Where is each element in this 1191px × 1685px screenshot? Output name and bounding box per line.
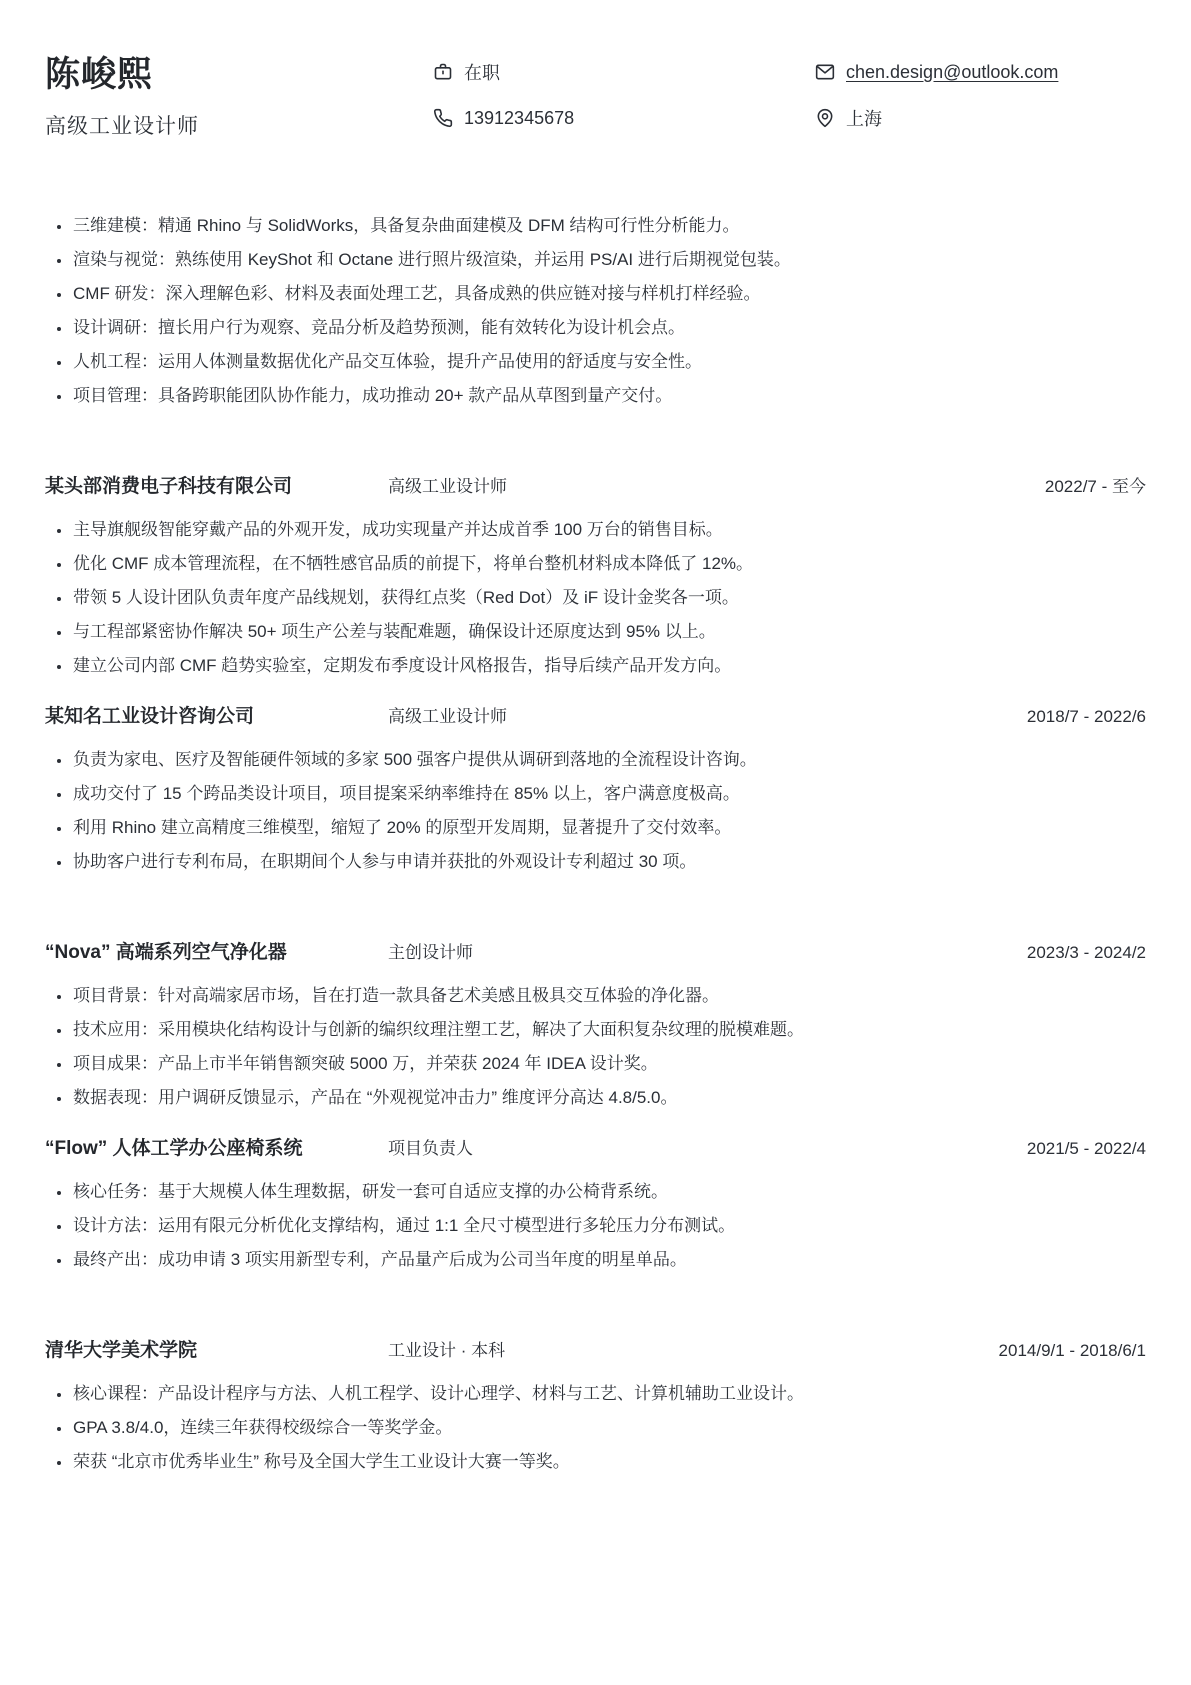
company-name: 某知名工业设计咨询公司 (45, 701, 388, 728)
date-range: 2023/3 - 2024/2 (1027, 943, 1146, 963)
phone-row: 13912345678 (433, 105, 815, 131)
date-range: 2018/7 - 2022/6 (1027, 707, 1146, 727)
resume-header: 陈峻熙 高级工业设计师 在职 (45, 54, 1146, 140)
skill-item: 设计调研：擅长用户行为观察、竞品分析及趋势预测，能有效转化为设计机会点。 (72, 316, 1146, 339)
identity-block: 陈峻熙 高级工业设计师 (45, 54, 433, 140)
project-bullet: 项目背景：针对高端家居市场，旨在打造一款具备艺术美感且极具交互体验的净化器。 (72, 984, 1146, 1007)
experience-entry-header: 某头部消费电子科技有限公司 高级工业设计师 2022/7 - 至今 (45, 471, 1146, 498)
skill-item: CMF 研发：深入理解色彩、材料及表面处理工艺，具备成熟的供应链对接与样机打样经… (72, 282, 1146, 305)
job-title: 高级工业设计师 (388, 472, 507, 497)
experience-bullet: 带领 5 人设计团队负责年度产品线规划，获得红点奖（Red Dot）及 iF 设… (72, 586, 1146, 609)
project-name: “Flow” 人体工学办公座椅系统 (45, 1133, 388, 1160)
contact-column-right: chen.design@outlook.com 上海 (815, 54, 1146, 131)
education-bullet: 荣获 “北京市优秀毕业生” 称号及全国大学生工业设计大赛一等奖。 (72, 1450, 1146, 1473)
experience-entry-header: 某知名工业设计咨询公司 高级工业设计师 2018/7 - 2022/6 (45, 701, 1146, 728)
experience-section: 某头部消费电子科技有限公司 高级工业设计师 2022/7 - 至今 主导旗舰级智… (45, 471, 1146, 873)
phone-icon (433, 108, 453, 128)
date-range: 2021/5 - 2022/4 (1027, 1139, 1146, 1159)
location-text: 上海 (846, 105, 882, 131)
date-range: 2014/9/1 - 2018/6/1 (999, 1341, 1146, 1361)
education-bullet: 核心课程：产品设计程序与方法、人机工程学、设计心理学、材料与工艺、计算机辅助工业… (72, 1382, 1146, 1405)
experience-bullet: 主导旗舰级智能穿戴产品的外观开发，成功实现量产并达成首季 100 万台的销售目标… (72, 518, 1146, 541)
skill-item: 渲染与视觉：熟练使用 KeyShot 和 Octane 进行照片级渲染，并运用 … (72, 248, 1146, 271)
email-link[interactable]: chen.design@outlook.com (846, 62, 1058, 83)
project-bullet: 技术应用：采用模块化结构设计与创新的编织纹理注塑工艺，解决了大面积复杂纹理的脱模… (72, 1018, 1146, 1041)
experience-bullets: 主导旗舰级智能穿戴产品的外观开发，成功实现量产并达成首季 100 万台的销售目标… (45, 518, 1146, 677)
project-bullet: 设计方法：运用有限元分析优化支撑结构，通过 1:1 全尺寸模型进行多轮压力分布测… (72, 1214, 1146, 1237)
project-bullet: 项目成果：产品上市半年销售额突破 5000 万，并荣获 2024 年 IDEA … (72, 1052, 1146, 1075)
status-row: 在职 (433, 59, 815, 85)
candidate-title: 高级工业设计师 (45, 110, 433, 140)
project-role: 主创设计师 (388, 938, 473, 963)
education-bullet: GPA 3.8/4.0，连续三年获得校级综合一等奖学金。 (72, 1416, 1146, 1439)
email-row: chen.design@outlook.com (815, 59, 1146, 85)
company-name: 某头部消费电子科技有限公司 (45, 471, 388, 498)
project-bullets: 核心任务：基于大规模人体生理数据，研发一套可自适应支撑的办公椅背系统。 设计方法… (45, 1180, 1146, 1271)
experience-entry: 某头部消费电子科技有限公司 高级工业设计师 2022/7 - 至今 主导旗舰级智… (45, 471, 1146, 677)
project-entry-header: “Nova” 高端系列空气净化器 主创设计师 2023/3 - 2024/2 (45, 937, 1146, 964)
school-name: 清华大学美术学院 (45, 1335, 388, 1362)
education-entry-header: 清华大学美术学院 工业设计 · 本科 2014/9/1 - 2018/6/1 (45, 1335, 1146, 1362)
location-row: 上海 (815, 105, 1146, 131)
degree: 工业设计 · 本科 (388, 1336, 505, 1361)
briefcase-icon (433, 62, 453, 82)
location-pin-icon (815, 108, 835, 128)
project-bullet: 最终产出：成功申请 3 项实用新型专利，产品量产后成为公司当年度的明星单品。 (72, 1248, 1146, 1271)
skills-section: 三维建模：精通 Rhino 与 SolidWorks，具备复杂曲面建模及 DFM… (45, 214, 1146, 407)
date-range: 2022/7 - 至今 (1045, 472, 1146, 497)
experience-bullet: 与工程部紧密协作解决 50+ 项生产公差与装配难题，确保设计还原度达到 95% … (72, 620, 1146, 643)
project-entry: “Flow” 人体工学办公座椅系统 项目负责人 2021/5 - 2022/4 … (45, 1133, 1146, 1271)
candidate-name: 陈峻熙 (45, 54, 433, 96)
experience-bullets: 负责为家电、医疗及智能硬件领域的多家 500 强客户提供从调研到落地的全流程设计… (45, 748, 1146, 873)
experience-bullet: 建立公司内部 CMF 趋势实验室，定期发布季度设计风格报告，指导后续产品开发方向… (72, 654, 1146, 677)
project-bullets: 项目背景：针对高端家居市场，旨在打造一款具备艺术美感且极具交互体验的净化器。 技… (45, 984, 1146, 1109)
status-text: 在职 (464, 59, 500, 85)
experience-bullet: 负责为家电、医疗及智能硬件领域的多家 500 强客户提供从调研到落地的全流程设计… (72, 748, 1146, 771)
phone-number: 13912345678 (464, 108, 574, 129)
project-entry-header: “Flow” 人体工学办公座椅系统 项目负责人 2021/5 - 2022/4 (45, 1133, 1146, 1160)
experience-bullet: 优化 CMF 成本管理流程，在不牺牲感官品质的前提下，将单台整机材料成本降低了 … (72, 552, 1146, 575)
project-entry: “Nova” 高端系列空气净化器 主创设计师 2023/3 - 2024/2 项… (45, 937, 1146, 1109)
projects-section: “Nova” 高端系列空气净化器 主创设计师 2023/3 - 2024/2 项… (45, 937, 1146, 1271)
education-entry: 清华大学美术学院 工业设计 · 本科 2014/9/1 - 2018/6/1 核… (45, 1335, 1146, 1473)
project-name: “Nova” 高端系列空气净化器 (45, 937, 388, 964)
skill-item: 三维建模：精通 Rhino 与 SolidWorks，具备复杂曲面建模及 DFM… (72, 214, 1146, 237)
experience-entry: 某知名工业设计咨询公司 高级工业设计师 2018/7 - 2022/6 负责为家… (45, 701, 1146, 873)
experience-bullet: 协助客户进行专利布局，在职期间个人参与申请并获批的外观设计专利超过 30 项。 (72, 850, 1146, 873)
job-title: 高级工业设计师 (388, 702, 507, 727)
experience-bullet: 成功交付了 15 个跨品类设计项目，项目提案采纳率维持在 85% 以上，客户满意… (72, 782, 1146, 805)
education-section: 清华大学美术学院 工业设计 · 本科 2014/9/1 - 2018/6/1 核… (45, 1335, 1146, 1473)
resume-page: 陈峻熙 高级工业设计师 在职 (0, 0, 1191, 1685)
mail-icon (815, 62, 835, 82)
project-role: 项目负责人 (388, 1134, 473, 1159)
skill-item: 人机工程：运用人体测量数据优化产品交互体验，提升产品使用的舒适度与安全性。 (72, 350, 1146, 373)
contact-column-left: 在职 13912345678 (433, 54, 815, 131)
project-bullet: 核心任务：基于大规模人体生理数据，研发一套可自适应支撑的办公椅背系统。 (72, 1180, 1146, 1203)
project-bullet: 数据表现：用户调研反馈显示，产品在 “外观视觉冲击力” 维度评分高达 4.8/5… (72, 1086, 1146, 1109)
skill-item: 项目管理：具备跨职能团队协作能力，成功推动 20+ 款产品从草图到量产交付。 (72, 384, 1146, 407)
skills-list: 三维建模：精通 Rhino 与 SolidWorks，具备复杂曲面建模及 DFM… (45, 214, 1146, 407)
education-bullets: 核心课程：产品设计程序与方法、人机工程学、设计心理学、材料与工艺、计算机辅助工业… (45, 1382, 1146, 1473)
experience-bullet: 利用 Rhino 建立高精度三维模型，缩短了 20% 的原型开发周期，显著提升了… (72, 816, 1146, 839)
